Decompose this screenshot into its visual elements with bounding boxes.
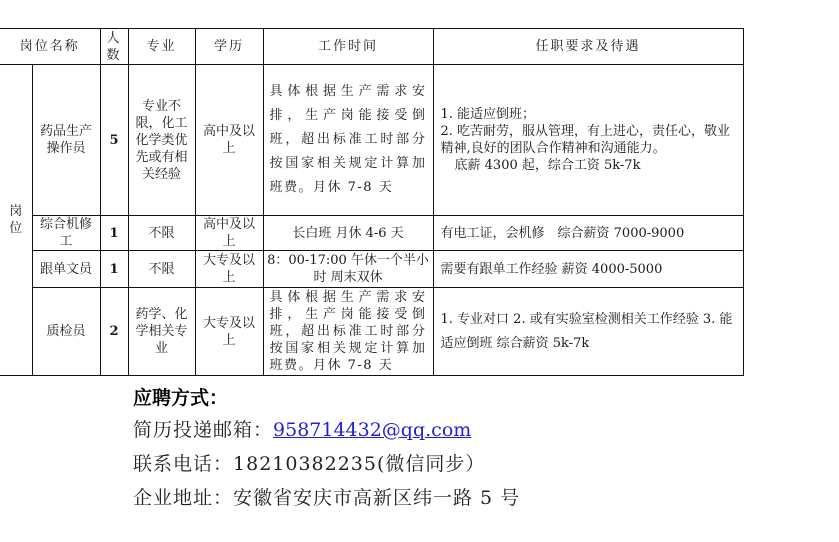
address-label: 企业地址： [133,487,233,509]
major-cell: 药学、化学相关专业 [128,288,195,376]
education-cell: 大专及以上 [195,288,263,376]
requirement-line: 1. 能适应倒班； [441,106,740,123]
major-cell: 不限 [128,216,195,251]
education-cell: 高中及以上 [195,216,263,251]
requirement-line: 2. 吃苦耐劳，服从管理，有上进心，责任心，敬业精神,良好的团队合作精神和沟通能… [441,123,740,157]
table-row: 综合机修工 1 不限 高中及以上 长白班 月休 4-6 天 有电工证，会机修 综… [0,216,743,251]
position-cell: 跟单文员 [32,251,100,288]
education-cell: 高中及以上 [195,65,263,216]
requirements-cell: 有电工证，会机修 综合薪资 7000-9000 [433,216,743,251]
position-cell: 综合机修工 [32,216,100,251]
table-row: 质检员 2 药学、化学相关专业 大专及以上 具体根据生产需求安排，生产岗能接受倒… [0,288,743,376]
education-cell: 大专及以上 [195,251,263,288]
email-label: 简历投递邮箱： [133,419,273,441]
address-line: 企业地址：安徽省安庆市高新区纬一路 5 号 [133,481,520,515]
group-label: 岗位 [0,65,32,376]
phone-label: 联系电话： [133,453,233,475]
email-line: 简历投递邮箱：958714432@qq.com [133,413,520,447]
salary-line: 底薪 4300 起，综合工资 5k-7k [441,157,740,174]
header-education: 学历 [195,29,263,65]
table-row: 跟单文员 1 不限 大专及以上 8：00-17:00 午休一个半小时 周末双休 … [0,251,743,288]
work-time-cell: 长白班 月休 4-6 天 [263,216,433,251]
phone-line: 联系电话：18210382235(微信同步） [133,447,520,481]
header-requirements: 任职要求及待遇 [433,29,743,65]
application-info: 应聘方式： 简历投递邮箱：958714432@qq.com 联系电话：18210… [133,383,520,515]
position-cell: 质检员 [32,288,100,376]
job-positions-table: 岗位名称 人数 专业 学历 工作时间 任职要求及待遇 岗位 药品生产操作员 5 … [0,28,744,376]
header-position: 岗位名称 [0,29,100,65]
header-major: 专业 [128,29,195,65]
work-time-cell: 具体根据生产需求安排，生产岗能接受倒班，超出标准工时部分按国家相关规定计算加班费… [263,65,433,216]
table-header-row: 岗位名称 人数 专业 学历 工作时间 任职要求及待遇 [0,29,743,65]
header-count: 人数 [100,29,128,65]
count-cell: 1 [100,251,128,288]
count-cell: 2 [100,288,128,376]
major-cell: 专业不限，化工化学类优先或有相关经验 [128,65,195,216]
application-title: 应聘方式： [133,383,520,413]
requirements-cell: 需要有跟单工作经验 薪资 4000-5000 [433,251,743,288]
work-time-cell: 8：00-17:00 午休一个半小时 周末双休 [263,251,433,288]
address-value: 安徽省安庆市高新区纬一路 5 号 [233,487,520,509]
email-link[interactable]: 958714432@qq.com [273,419,471,441]
requirements-cell: 1. 能适应倒班； 2. 吃苦耐劳，服从管理，有上进心，责任心，敬业精神,良好的… [433,65,743,216]
header-work-time: 工作时间 [263,29,433,65]
phone-value: 18210382235(微信同步） [233,453,485,475]
position-cell: 药品生产操作员 [32,65,100,216]
major-cell: 不限 [128,251,195,288]
work-time-cell: 具体根据生产需求安排，生产岗能接受倒班，超出标准工时部分按国家相关规定计算加班费… [263,288,433,376]
count-cell: 5 [100,65,128,216]
requirements-cell: 1. 专业对口 2. 或有实验室检测相关工作经验 3. 能适应倒班 综合薪资 5… [433,288,743,376]
count-cell: 1 [100,216,128,251]
table-row: 岗位 药品生产操作员 5 专业不限，化工化学类优先或有相关经验 高中及以上 具体… [0,65,743,216]
